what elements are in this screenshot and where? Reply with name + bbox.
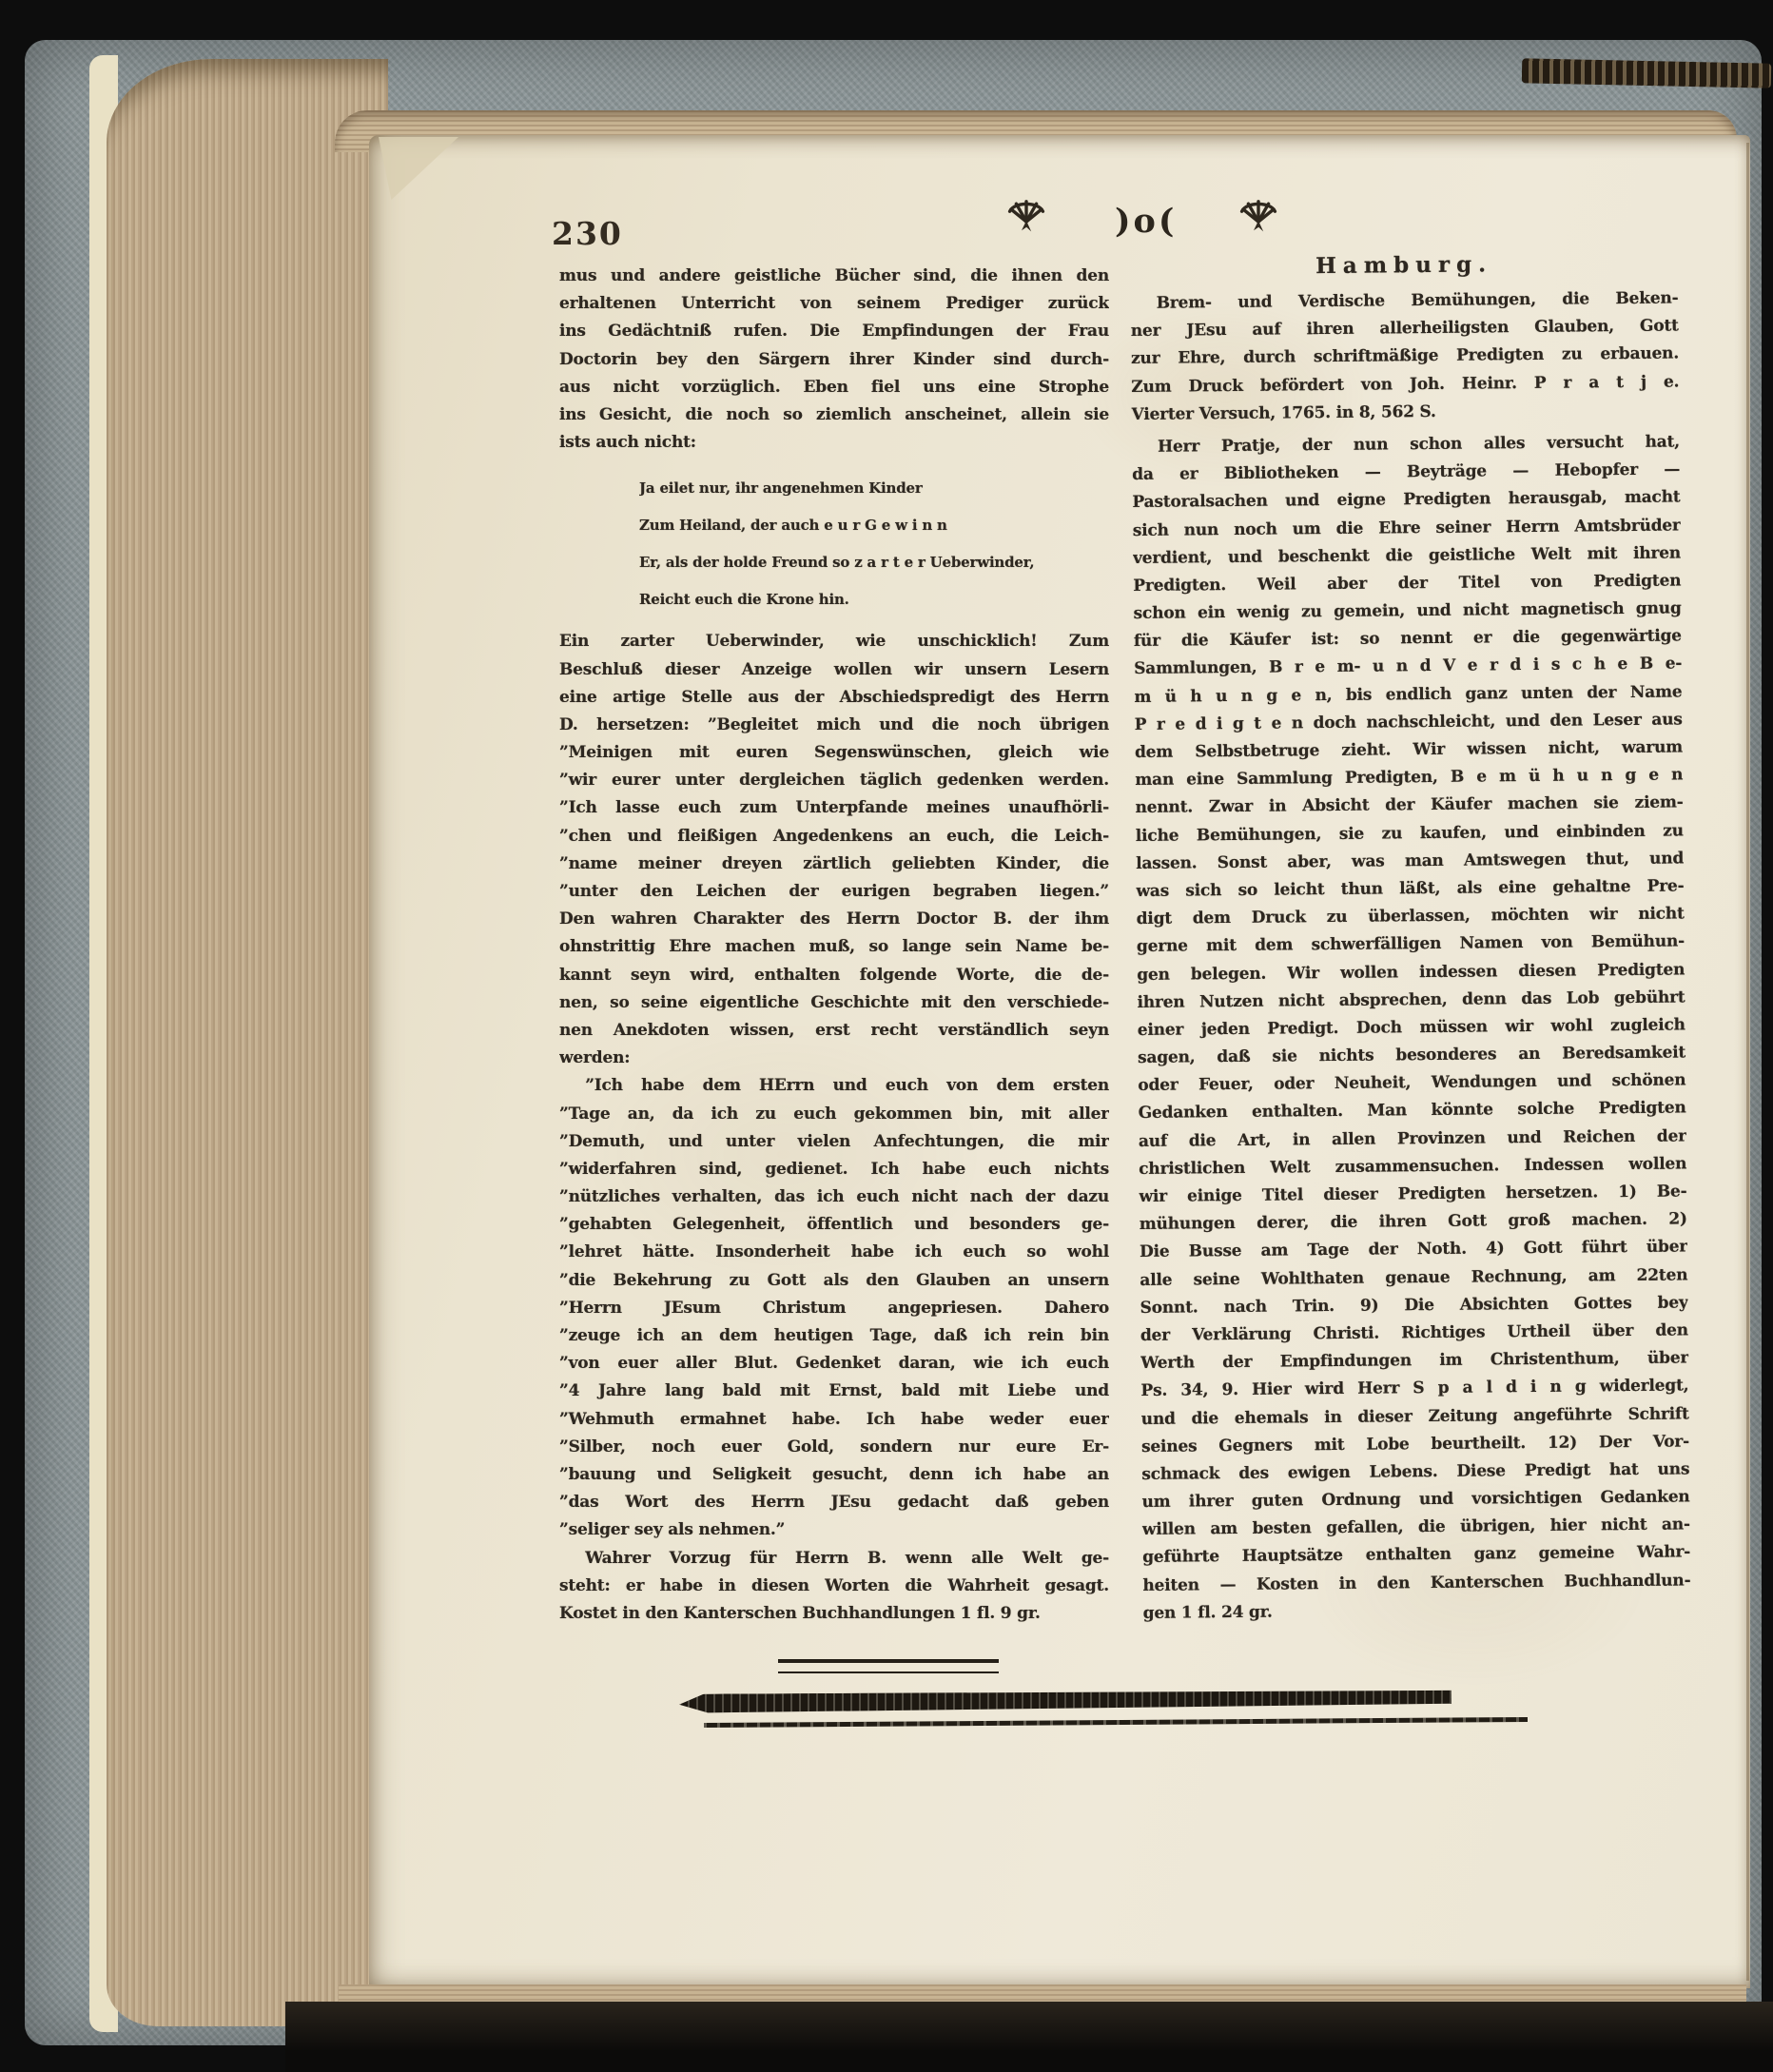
text-line: Doctorin bey den Särgern ihrer Kinder si… [559, 346, 1109, 374]
text-line: ”Herrn JEsum Christum angepriesen. Daher… [559, 1295, 1109, 1322]
text-line: ”name meiner dreyen zärtlich geliebten K… [559, 850, 1109, 878]
text-line: ”Ich lasse euch zum Unterpfande meines u… [559, 794, 1109, 822]
text-line: eine artige Stelle aus der Abschiedspred… [559, 684, 1109, 712]
text-line: Den wahren Charakter des Herrn Doctor B.… [559, 906, 1109, 933]
text-line: ”zeuge ich an dem heutigen Tage, daß ich… [559, 1322, 1109, 1350]
paragraph: mus und andere geistliche Bücher sind, d… [559, 263, 1109, 457]
paragraph: Ein zarter Ueberwinder, wie unschicklich… [559, 628, 1109, 1072]
paragraph: ”Ich habe dem HErrn und euch von dem ers… [559, 1072, 1109, 1544]
text-line: ”gehabten Gelegenheit, öffentlich und be… [559, 1211, 1109, 1239]
paragraph: Wahrer Vorzug für Herrn B. wenn alle Wel… [559, 1545, 1109, 1629]
printer-fleuron-icon [1004, 196, 1048, 236]
separator-rule-small [778, 1659, 999, 1673]
page-number: 230 [552, 215, 623, 252]
text-line: ins Gesicht, die noch so ziemlich ansche… [559, 401, 1109, 429]
text-line: ”wir eurer unter dergleichen täglich ged… [559, 767, 1109, 794]
section-heading: Hamburg. [1130, 249, 1678, 281]
text-line: ”lehret hätte. Insonderheit habe ich euc… [559, 1239, 1109, 1266]
text-line: Beschluß dieser Anzeige wollen wir unser… [559, 656, 1109, 684]
text-line: ”Ich habe dem HErrn und euch von dem ers… [559, 1072, 1109, 1100]
text-line: ”unter den Leichen der eurigen begraben … [559, 878, 1109, 906]
text-line: Ja eilet nur, ihr angenehmen Kinder [639, 470, 1109, 507]
text-line: ”nützliches verhalten, das ich euch nich… [559, 1183, 1109, 1211]
right-text-column: Hamburg. Brem- und Verdische Bemühungen,… [1130, 249, 1691, 1627]
text-line: ohnstrittig Ehre machen muß, so lange se… [559, 933, 1109, 961]
text-line: Wahrer Vorzug für Herrn B. wenn alle Wel… [559, 1545, 1109, 1573]
text-line: kannt seyn wird, enthalten folgende Wort… [559, 962, 1109, 989]
text-line: ”von euer aller Blut. Gedenket daran, wi… [559, 1350, 1109, 1378]
text-line: ”chen und fleißigen Angedenkens an euch,… [559, 823, 1109, 850]
text-line: ”die Bekehrung zu Gott als den Glauben a… [559, 1267, 1109, 1295]
signature-mark: )o( [1115, 202, 1177, 241]
text-line: erhaltenen Unterricht von seinem Predige… [559, 290, 1109, 318]
text-line: Reicht euch die Krone hin. [639, 581, 1109, 618]
text-line: steht: er habe in diesen Worten die Wahr… [559, 1573, 1109, 1600]
text-line: ”Meinigen mit euren Segenswünschen, glei… [559, 739, 1109, 767]
paragraph: Brem- und Verdische Bemühungen, die Beke… [1130, 284, 1679, 428]
text-line: ”4 Jahre lang bald mit Ernst, bald mit L… [559, 1378, 1109, 1405]
text-line: gen 1 fl. 24 gr. [1143, 1594, 1691, 1628]
book-scan-photo: 230 )o( mus und andere geistliche Bücher… [0, 0, 1773, 2072]
text-line: ists auch nicht: [559, 429, 1109, 457]
text-line: ”widerfahren sind, gedienet. Ich habe eu… [559, 1156, 1109, 1183]
text-line: ”Demuth, und unter vielen Anfechtungen, … [559, 1128, 1109, 1156]
paragraph: Herr Pratje, der nun schon alles versuch… [1132, 428, 1691, 1628]
left-text-column: mus und andere geistliche Bücher sind, d… [559, 263, 1109, 1628]
text-line: nen, so seine eigentliche Geschichte mit… [559, 989, 1109, 1017]
text-line: Er, als der holde Freund so z a r t e r … [639, 544, 1109, 581]
text-line: ”das Wort des Herrn JEsu gedacht daß geb… [559, 1489, 1109, 1516]
text-line: werden: [559, 1045, 1109, 1072]
printer-fleuron-icon [1237, 196, 1280, 236]
text-line: ”Wehmuth ermahnet habe. Ich habe weder e… [559, 1406, 1109, 1434]
page-block-fore-edge [107, 59, 388, 2026]
headband-stitching [1522, 58, 1771, 88]
page-edge-crease [1746, 143, 1749, 1981]
text-line: ”Tage an, da ich zu euch gekommen bin, m… [559, 1101, 1109, 1128]
text-line: D. hersetzen: ”Begleitet mich und die no… [559, 712, 1109, 739]
text-line: ”Silber, noch euer Gold, sondern nur eur… [559, 1434, 1109, 1461]
text-line: Zum Druck befördert von Joh. Heinr. P r … [1131, 368, 1679, 401]
book-bottom-shadow [285, 2002, 1773, 2072]
text-line: nen Anekdoten wissen, erst recht verstän… [559, 1017, 1109, 1045]
text-line: ”bauung und Seligkeit gesucht, denn ich … [559, 1461, 1109, 1489]
text-line: Ein zarter Ueberwinder, wie unschicklich… [559, 628, 1109, 655]
text-line: ”seliger sey als nehmen.” [559, 1516, 1109, 1544]
text-line: aus nicht vorzüglich. Eben fiel uns eine… [559, 374, 1109, 401]
text-line: mus und andere geistliche Bücher sind, d… [559, 263, 1109, 290]
verse-quotation: Ja eilet nur, ihr angenehmen KinderZum H… [559, 470, 1109, 618]
text-line: Zum Heiland, der auch e u r G e w i n n [639, 507, 1109, 544]
text-line: Kostet in den Kanterschen Buchhandlungen… [559, 1600, 1109, 1628]
text-line: ins Gedächtniß rufen. Die Empfindungen d… [559, 318, 1109, 345]
text-line: heiten — Kosten in den Kanterschen Buchh… [1142, 1567, 1690, 1600]
